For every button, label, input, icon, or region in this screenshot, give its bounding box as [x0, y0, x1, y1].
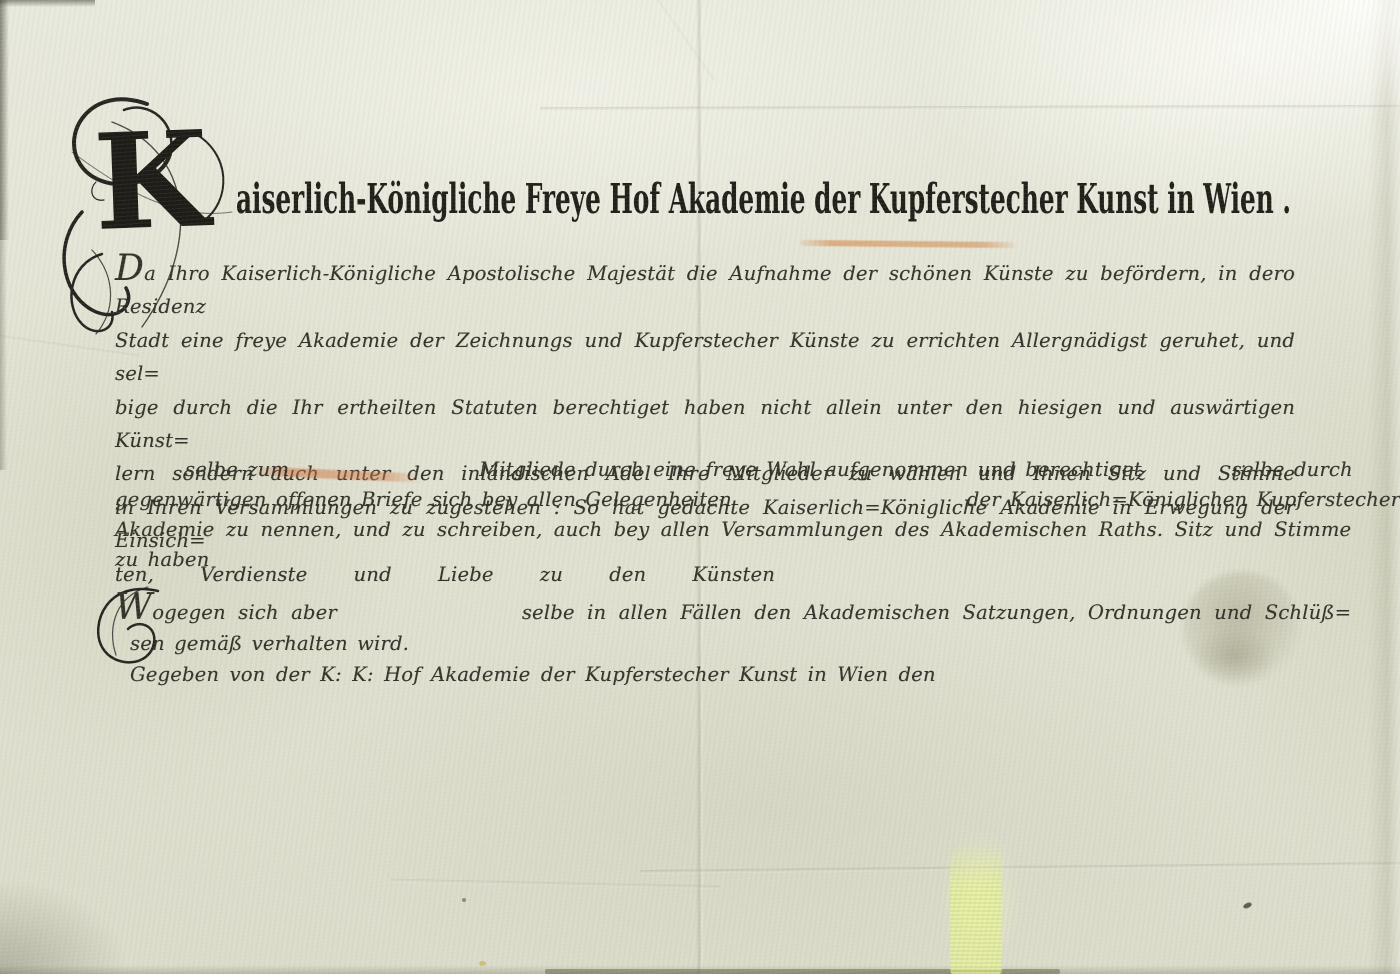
manuscript-text: der Kaiserlich=Königlichen Kupferstecher [967, 488, 1400, 511]
manuscript-line: gegenwärtigen offenen Briefe sich bey al… [115, 485, 1295, 515]
red-chalk-underline [800, 240, 1015, 248]
right-edge-shading [1368, 0, 1400, 974]
title-text: aiserlich-Königliche Freye Hof Akademie … [236, 172, 1291, 226]
paragraph-closing: Wogegen sich aberselbe in allen Fällen d… [115, 592, 1305, 690]
manuscript-line: bige durch die Ihr ertheilten Statuten b… [115, 391, 1295, 458]
yellow-speck [479, 961, 486, 966]
manuscript-text: Mitgliede durch eine freye Wahl aufgenom… [479, 458, 1142, 481]
manuscript-line: Stadt eine freye Akademie der Zeichnungs… [115, 324, 1295, 391]
manuscript-text: Da Ihro Kaiserlich-Königliche Apostolisc… [115, 262, 1295, 318]
title-initial-letter: K [92, 114, 211, 250]
manuscript-line: Gegeben von der K: K: Hof Akademie der K… [115, 659, 1305, 690]
manuscript-text: selbe zum [185, 458, 289, 481]
manuscript-line: Wogegen sich aberselbe in allen Fällen d… [115, 592, 1305, 628]
manuscript-text: zu haben [115, 548, 209, 571]
ink-speck [1242, 901, 1252, 909]
manuscript-text: Stadt eine freye Akademie der Zeichnungs… [115, 329, 1295, 385]
horizontal-crease-bottom-left [390, 879, 720, 890]
bottom-left-corner-shadow [0, 878, 130, 974]
dark-left-edge-lower [0, 240, 7, 470]
manuscript-text: bige durch die Ihr ertheilten Statuten b… [115, 396, 1295, 452]
manuscript-text: Wogegen sich aber [115, 601, 337, 624]
ink-speck [462, 898, 466, 902]
dark-left-edge [0, 0, 9, 240]
manuscript-line: Akademie zu nennen, und zu schreiben, au… [115, 515, 1295, 545]
manuscript-text: gegenwärtigen offenen Briefe sich bey al… [115, 488, 732, 511]
blank-name-space [289, 475, 479, 476]
green-ribbon-edge [950, 842, 1002, 974]
manuscript-line: Da Ihro Kaiserlich-Königliche Apostolisc… [115, 252, 1295, 324]
manuscript-line: selbe zumMitgliede durch eine freye Wahl… [115, 455, 1295, 485]
manuscript-text: Akademie zu nennen, und zu schreiben, au… [115, 518, 1351, 541]
manuscript-text: selbe durch [1232, 458, 1353, 481]
paragraph-membership: selbe zumMitgliede durch eine freye Wahl… [115, 455, 1295, 575]
blank-name-space [732, 505, 967, 506]
manuscript-line: sen gemäß verhalten wird. [115, 628, 1305, 659]
top-right-highlight [1200, 0, 1400, 120]
dark-top-edge [0, 0, 95, 7]
blank-name-space [337, 618, 522, 619]
manuscript-text: sen gemäß verhalten wird. [130, 632, 409, 655]
manuscript-text: Gegeben von der K: K: Hof Akademie der K… [130, 663, 936, 686]
document-scan: K aiserlich-Königliche Freye Hof Akademi… [0, 0, 1400, 974]
manuscript-text: selbe in allen Fällen den Akademischen S… [522, 601, 1351, 624]
manuscript-line: zu haben [115, 545, 1295, 575]
blank-name-space [1142, 475, 1232, 476]
